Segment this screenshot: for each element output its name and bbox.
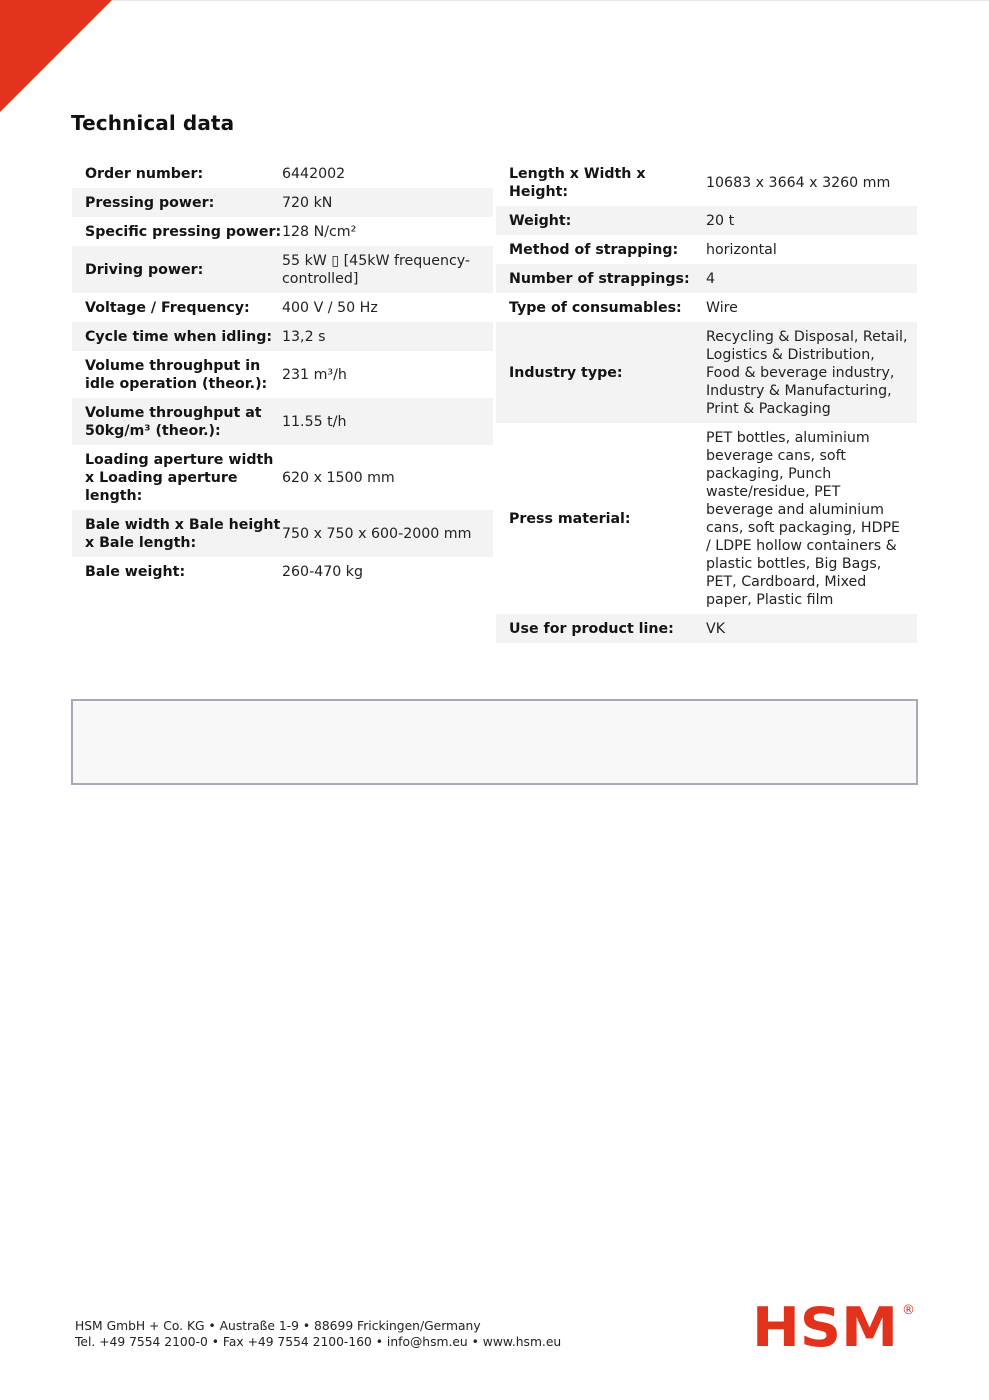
spec-value: 4 (706, 270, 917, 288)
table-row: Number of strappings:4 (496, 264, 917, 293)
spec-table-left: Order number:6442002Pressing power:720 k… (72, 159, 493, 586)
spec-label: Use for product line: (496, 620, 706, 638)
notes-box (71, 699, 918, 785)
table-row: Volume throughput in idle operation (the… (72, 351, 493, 398)
spec-label: Cycle time when idling: (72, 328, 282, 346)
spec-label: Industry type: (496, 364, 706, 382)
spec-value: horizontal (706, 241, 917, 259)
spec-label: Length x Width x Height: (496, 165, 706, 201)
table-row: Voltage / Frequency:400 V / 50 Hz (72, 293, 493, 322)
spec-value: 128 N/cm² (282, 223, 493, 241)
top-border (112, 0, 989, 1)
page-title: Technical data (71, 111, 234, 135)
table-row: Press material:PET bottles, aluminium be… (496, 423, 917, 614)
spec-value: 620 x 1500 mm (282, 469, 493, 487)
table-row: Cycle time when idling:13,2 s (72, 322, 493, 351)
table-row: Industry type:Recycling & Disposal, Reta… (496, 322, 917, 423)
table-row: Length x Width x Height:10683 x 3664 x 3… (496, 159, 917, 206)
spec-value: 10683 x 3664 x 3260 mm (706, 174, 917, 192)
table-row: Loading aperture width x Loading apertur… (72, 445, 493, 510)
table-row: Type of consumables:Wire (496, 293, 917, 322)
table-row: Method of strapping:horizontal (496, 235, 917, 264)
table-row: Bale width x Bale height x Bale length:7… (72, 510, 493, 557)
footer-contact-line: Tel. +49 7554 2100-0 • Fax +49 7554 2100… (75, 1335, 561, 1351)
spec-value: 6442002 (282, 165, 493, 183)
corner-accent (0, 0, 112, 112)
spec-table-right: Length x Width x Height:10683 x 3664 x 3… (496, 159, 917, 643)
spec-label: Weight: (496, 212, 706, 230)
spec-value: 11.55 t/h (282, 413, 493, 431)
table-row: Pressing power:720 kN (72, 188, 493, 217)
table-row: Specific pressing power:128 N/cm² (72, 217, 493, 246)
spec-label: Volume throughput in idle operation (the… (72, 357, 282, 393)
spec-label: Number of strappings: (496, 270, 706, 288)
spec-value: Wire (706, 299, 917, 317)
table-row: Order number:6442002 (72, 159, 493, 188)
spec-value: 400 V / 50 Hz (282, 299, 493, 317)
spec-value: Recycling & Disposal, Retail, Logistics … (706, 328, 917, 418)
spec-value: 20 t (706, 212, 917, 230)
spec-label: Method of strapping: (496, 241, 706, 259)
spec-value: 720 kN (282, 194, 493, 212)
footer-company-line: HSM GmbH + Co. KG • Austraße 1-9 • 88699… (75, 1319, 561, 1335)
spec-label: Bale weight: (72, 563, 282, 581)
spec-value: 55 kW ▯ [45kW frequency-controlled] (282, 252, 493, 288)
spec-label: Loading aperture width x Loading apertur… (72, 451, 282, 505)
spec-label: Pressing power: (72, 194, 282, 212)
spec-value: VK (706, 620, 917, 638)
spec-label: Press material: (496, 510, 706, 528)
spec-label: Order number: (72, 165, 282, 183)
spec-label: Type of consumables: (496, 299, 706, 317)
spec-value: 750 x 750 x 600-2000 mm (282, 525, 493, 543)
spec-value: 231 m³/h (282, 366, 493, 384)
spec-value: 13,2 s (282, 328, 493, 346)
spec-label: Specific pressing power: (72, 223, 282, 241)
footer-address: HSM GmbH + Co. KG • Austraße 1-9 • 88699… (75, 1319, 561, 1350)
spec-label: Volume throughput at 50kg/m³ (theor.): (72, 404, 282, 440)
spec-label: Bale width x Bale height x Bale length: (72, 516, 282, 552)
svg-text:HSM: HSM (752, 1300, 898, 1352)
spec-value: 260-470 kg (282, 563, 493, 581)
spec-label: Driving power: (72, 261, 282, 279)
hsm-logo: HSM ® (752, 1300, 922, 1352)
spec-label: Voltage / Frequency: (72, 299, 282, 317)
table-row: Weight:20 t (496, 206, 917, 235)
table-row: Driving power:55 kW ▯ [45kW frequency-co… (72, 246, 493, 293)
svg-text:®: ® (902, 1303, 915, 1318)
table-row: Bale weight:260-470 kg (72, 557, 493, 586)
table-row: Use for product line:VK (496, 614, 917, 643)
table-row: Volume throughput at 50kg/m³ (theor.):11… (72, 398, 493, 445)
spec-value: PET bottles, aluminium beverage cans, so… (706, 429, 917, 609)
